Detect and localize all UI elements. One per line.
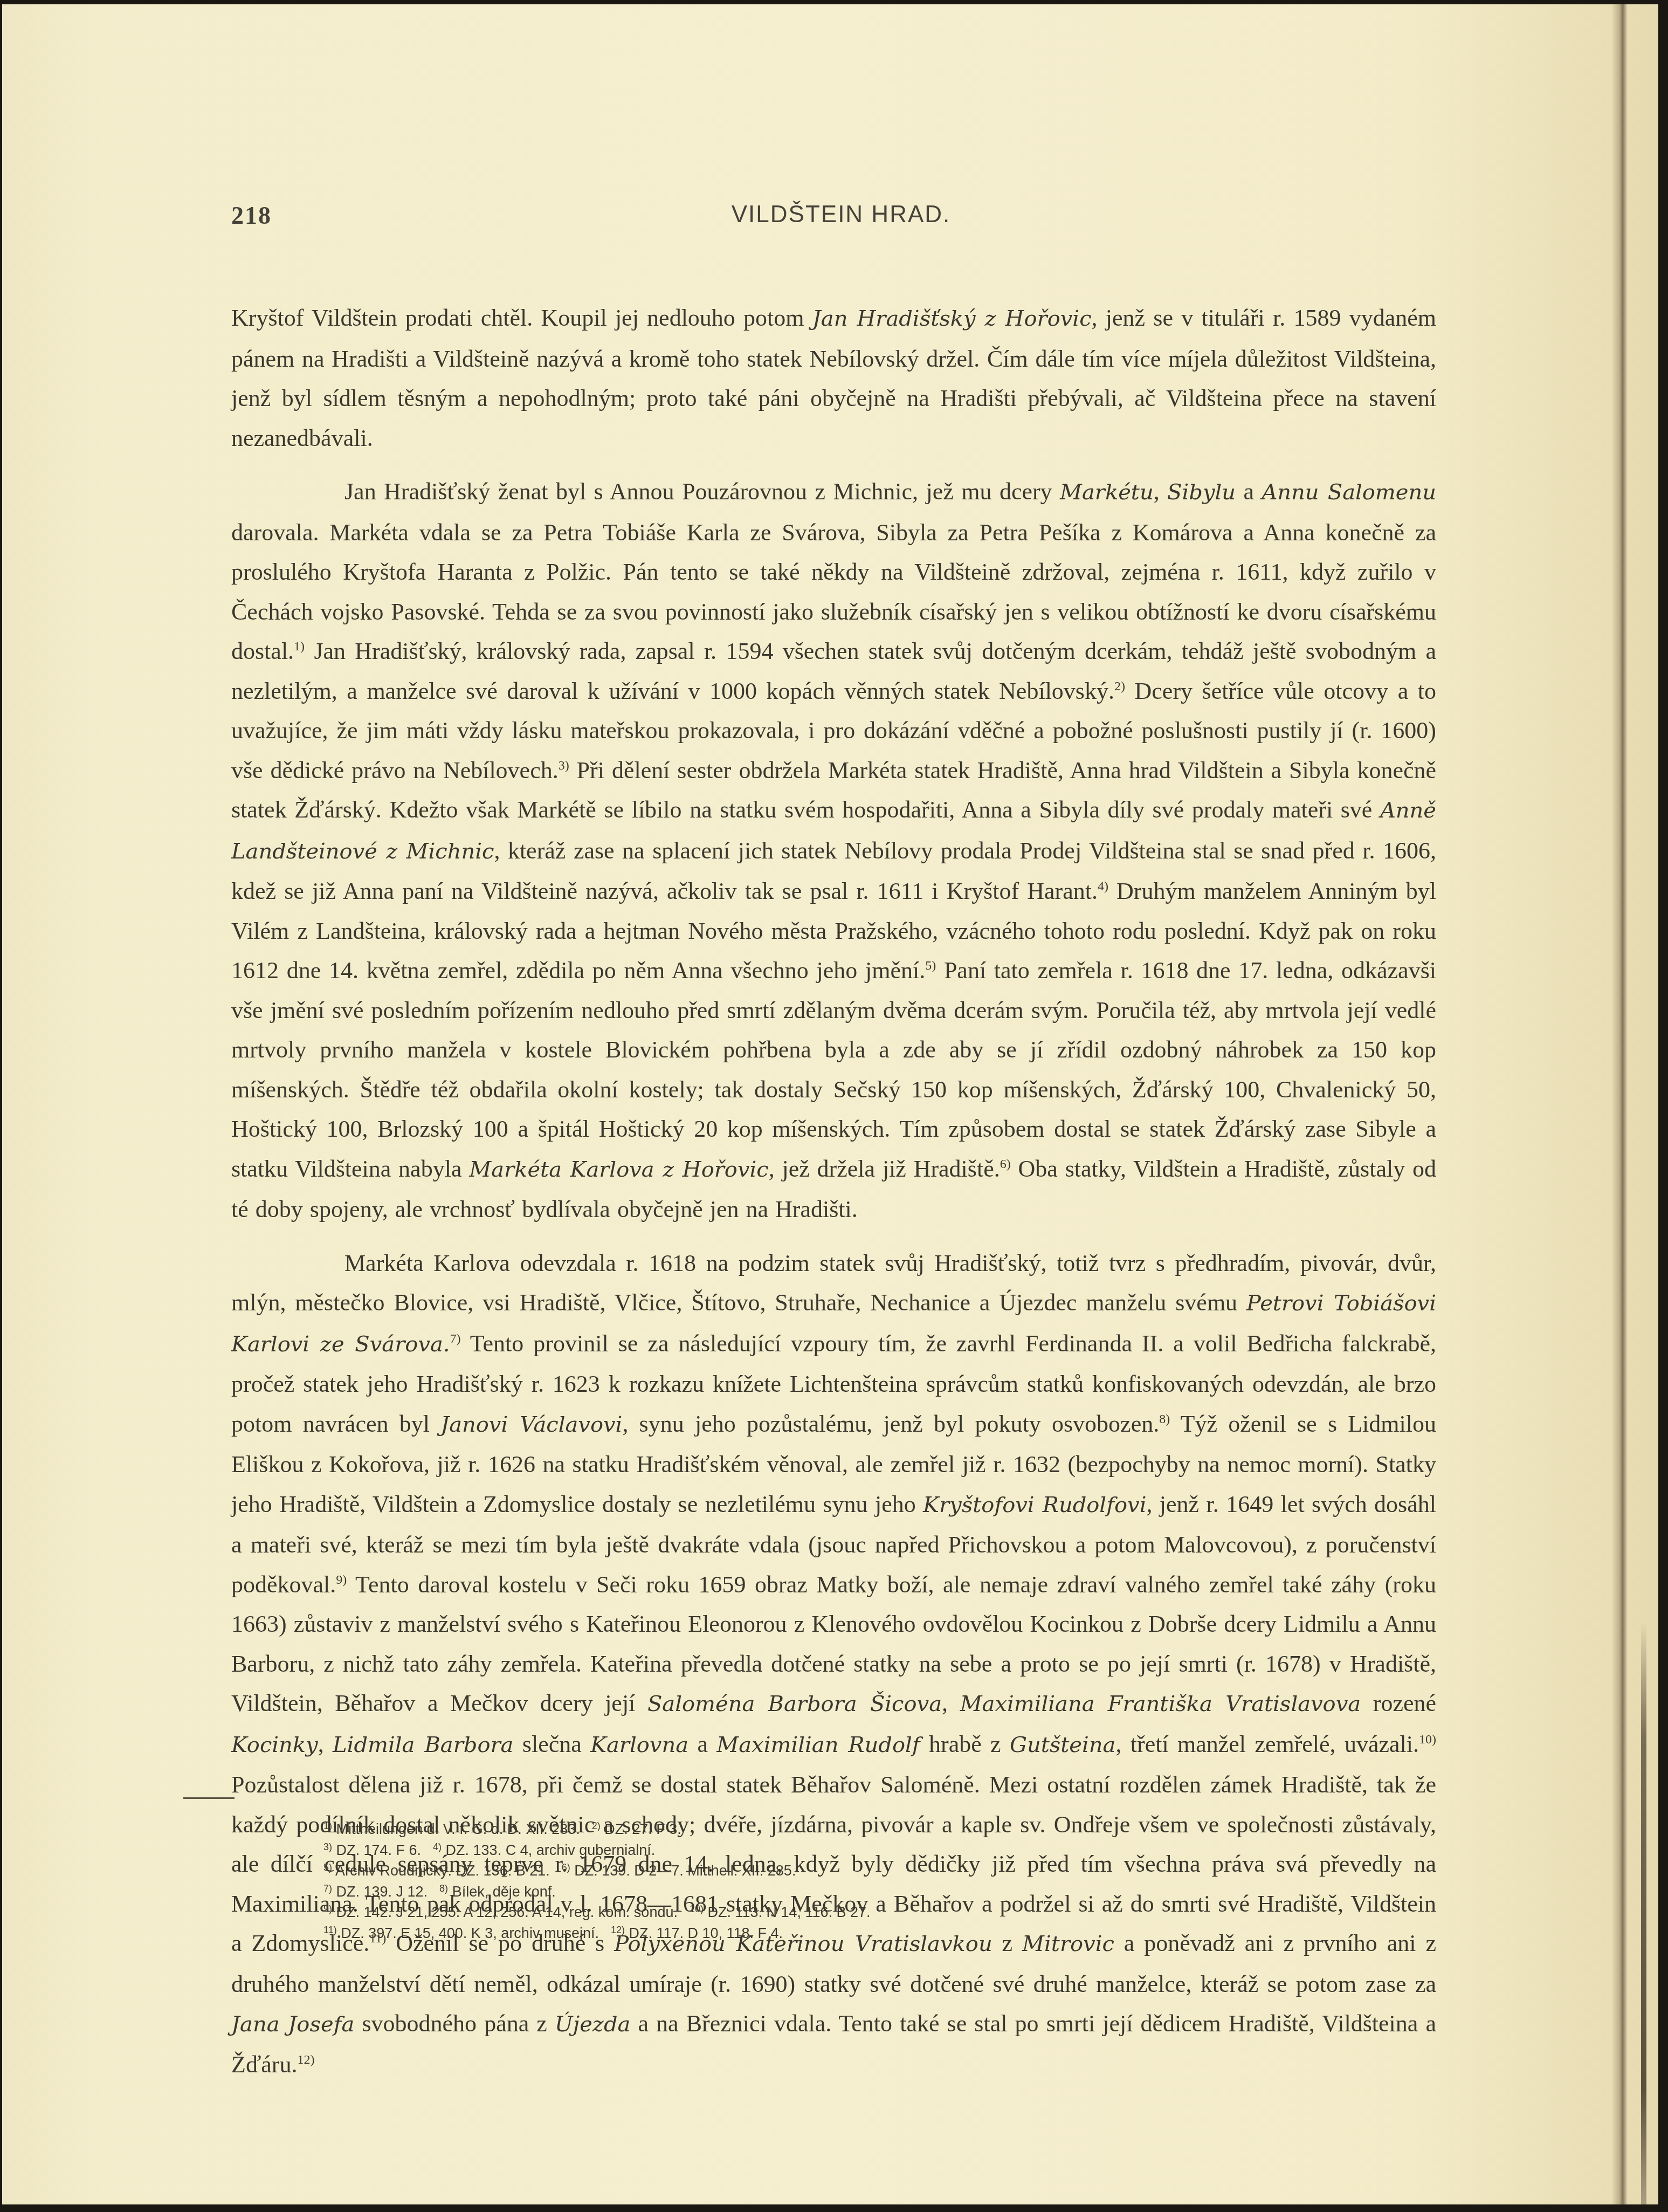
footnote-number: 7) xyxy=(323,1883,332,1894)
scan-border xyxy=(0,2204,1668,2212)
italic-name: Annu Salomenu xyxy=(1262,480,1436,505)
text-run: , jež držela již Hradiště. xyxy=(769,1156,1000,1182)
running-title: VILDŠTEIN HRAD. xyxy=(2,201,1658,228)
footnote-number: 2) xyxy=(592,1821,601,1831)
text-run: a xyxy=(688,1731,716,1757)
italic-name: Gutšteina xyxy=(1010,1733,1115,1757)
italic-name: Jan Hradišťský z Hořovic xyxy=(812,306,1092,331)
italic-name: Sibylu xyxy=(1167,480,1236,505)
footnote-reference[interactable]: 8) xyxy=(1159,1412,1170,1426)
page-edge xyxy=(1641,1622,1646,2204)
footnote-line: 11) DZ. 397. E 15, 400. K 3, archiv muse… xyxy=(323,1923,1294,1944)
footnote-reference[interactable]: 3) xyxy=(559,759,569,773)
footnote-number: 6) xyxy=(562,1862,570,1873)
footnote-number: 5) xyxy=(323,1862,332,1873)
text-run: hrabě z xyxy=(920,1731,1010,1757)
footnote-reference[interactable]: 7) xyxy=(450,1332,461,1346)
footnote-text: DZ. 142. J 21, 255. A 12, 256. A 14, reg… xyxy=(332,1904,678,1920)
binding-shadow xyxy=(1611,4,1628,2206)
footnote-line: 1) Mittheilungen d. V. f. G. d. D. XII. … xyxy=(323,1819,1294,1840)
italic-name: Karlovna xyxy=(590,1733,688,1757)
footnote-number: 12) xyxy=(611,1925,625,1935)
footnote-text: DZ. 113. N 14, 116. B 27. xyxy=(704,1904,871,1920)
text-run: , xyxy=(942,1690,960,1716)
footnote-text: DZ. 117. D 10, 118. F 4. xyxy=(625,1925,783,1941)
footnote-number: 10) xyxy=(690,1904,704,1914)
paragraph: Jan Hradišťský ženat byl s Annou Pouzáro… xyxy=(231,472,1436,1229)
footnote-text: DZ. 397. E 15, 400. K 3, archiv musejní. xyxy=(337,1925,599,1941)
footnote-line: 3) DZ. 174. F 6.4) DZ. 133. C 4, archiv … xyxy=(323,1840,1294,1861)
italic-name: Markéta Karlova z Hořovic xyxy=(469,1157,769,1182)
text-run: Jan Hradišťský ženat byl s Annou Pouzáro… xyxy=(344,478,1060,505)
footnote-reference[interactable]: 4) xyxy=(1098,880,1108,894)
italic-name: Kocinky xyxy=(231,1733,318,1757)
body-text: Kryštof Vildštein prodati chtěl. Koupil … xyxy=(231,298,1436,2084)
footnote-reference[interactable]: 5) xyxy=(925,959,936,973)
italic-name: Kryštofovi Rudolfovi xyxy=(923,1493,1146,1517)
text-run: svobodného pána z xyxy=(354,2010,555,2037)
footnote-text: Bílek, děje konf. xyxy=(448,1884,556,1900)
text-run: , xyxy=(318,1731,333,1757)
italic-name: Maximilian Rudolf xyxy=(716,1733,920,1757)
paragraph: Kryštof Vildštein prodati chtěl. Koupil … xyxy=(231,298,1436,458)
footnote-text: Archiv Roudnický. DZ. 136. B 21. xyxy=(332,1863,550,1879)
footnote-line: 5) Archiv Roudnický. DZ. 136. B 21.6) DZ… xyxy=(323,1860,1294,1881)
footnote-number: 11) xyxy=(323,1925,337,1935)
italic-name: Maximiliana Františka Vratislavova xyxy=(960,1692,1361,1716)
footnote-reference[interactable]: 1) xyxy=(294,640,305,654)
footnote-rule xyxy=(183,1797,235,1799)
text-run: Paní tato zemřela r. 1618 dne 17. ledna,… xyxy=(231,957,1436,1182)
footnote-number: 1) xyxy=(323,1821,332,1831)
footnote-text: DZ. 139. D 2—7. Mittheil. XII. 285. xyxy=(570,1863,796,1879)
footnote-text: Mittheilungen d. V. f. G. d. D. XII. 283… xyxy=(332,1821,580,1837)
text-run: , třetí manžel zemřelé, uvázali. xyxy=(1115,1731,1419,1757)
footnote-number: 9) xyxy=(323,1904,332,1914)
footnote-reference[interactable]: 9) xyxy=(336,1573,347,1587)
text-run: slečna xyxy=(513,1731,590,1757)
book-page: 218 VILDŠTEIN HRAD. Kryštof Vildštein pr… xyxy=(2,4,1658,2206)
text-run: , synu jeho pozůstalému, jenž byl pokuty… xyxy=(622,1411,1159,1437)
text-run: , xyxy=(1154,478,1167,505)
footnote-number: 4) xyxy=(433,1842,442,1852)
text-run: Kryštof Vildštein prodati chtěl. Koupil … xyxy=(231,305,812,331)
italic-name: Lidmila Barbora xyxy=(333,1733,513,1757)
footnote-number: 8) xyxy=(439,1883,448,1894)
italic-name: Janovi Václavovi xyxy=(440,1412,622,1437)
italic-name: Saloména Barbora Šicova xyxy=(647,1692,942,1716)
footnote-number: 3) xyxy=(323,1842,332,1852)
text-run: rozené xyxy=(1361,1690,1436,1716)
text-run: a xyxy=(1236,478,1262,505)
footnote-reference[interactable]: 12) xyxy=(298,2053,315,2067)
italic-name: Jana Josefa xyxy=(231,2012,354,2037)
footnote-reference[interactable]: 2) xyxy=(1114,679,1125,693)
footnote-line: 7) DZ. 139. J 12.8) Bílek, děje konf. xyxy=(323,1881,1294,1902)
footnote-text: DZ. 133. C 4, archiv gubernialní. xyxy=(442,1842,655,1858)
footnote-line: 9) DZ. 142. J 21, 255. A 12, 256. A 14, … xyxy=(323,1902,1294,1923)
footnote-text: DZ. 174. F 6. xyxy=(332,1842,421,1858)
footnote-reference[interactable]: 10) xyxy=(1419,1733,1436,1747)
footnote-text: DZ. 139. J 12. xyxy=(332,1884,428,1900)
footnotes: 1) Mittheilungen d. V. f. G. d. D. XII. … xyxy=(323,1819,1294,1943)
paragraph: Markéta Karlova odevzdala r. 1618 na pod… xyxy=(231,1244,1436,2085)
footnote-text: DZ. 27. F 3. xyxy=(601,1821,681,1837)
footnote-reference[interactable]: 6) xyxy=(1000,1157,1011,1171)
italic-name: Markétu xyxy=(1060,480,1154,505)
italic-name: Újezda xyxy=(555,2012,630,2037)
